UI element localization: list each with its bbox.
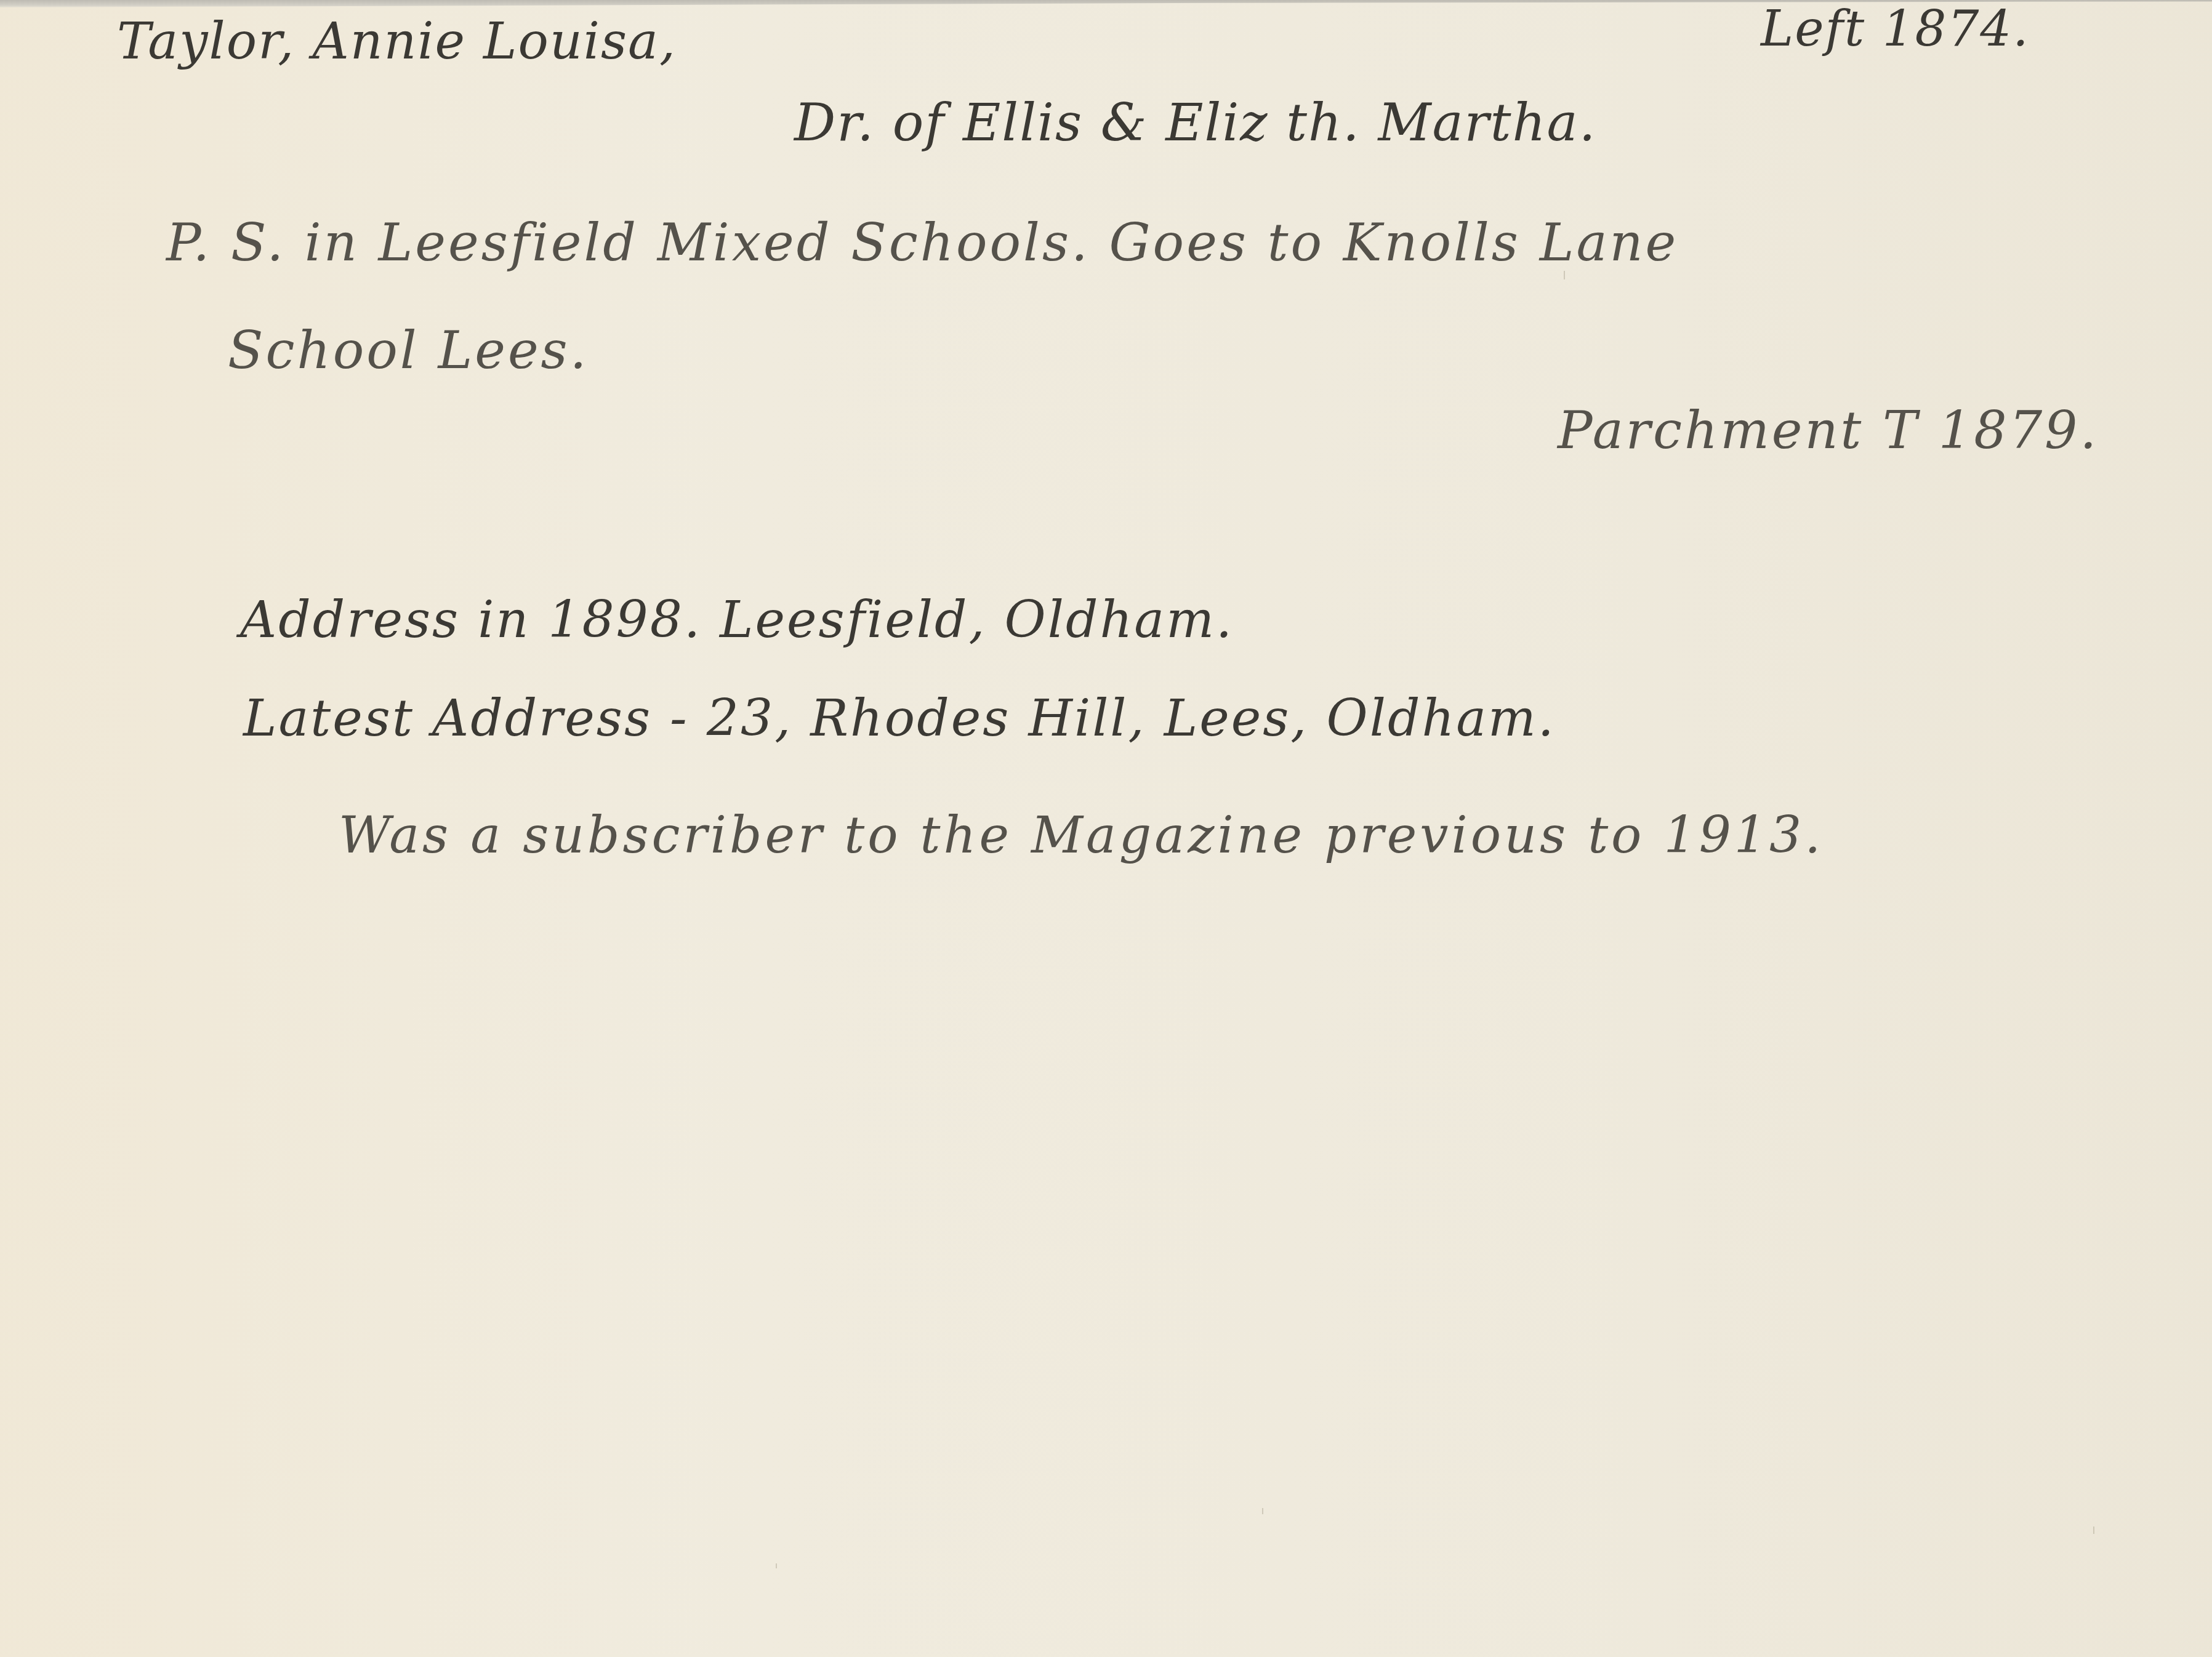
paper-fleck [1262, 1508, 1263, 1514]
address-1898: Address in 1898. Leesfield, Oldham. [240, 591, 1234, 649]
paper-fleck [776, 1563, 777, 1568]
left-date: Left 1874. [1761, 0, 2030, 57]
parchment-note: Parchment T 1879. [1558, 400, 2099, 460]
latest-address: Latest Address - 23, Rhodes Hill, Lees, … [243, 689, 1556, 748]
school-note-line-2: School Lees. [228, 320, 589, 380]
entry-name: Taylor, Annie Louisa, [117, 12, 677, 71]
paper-fleck [2093, 1527, 2094, 1534]
school-note-line-1: P. S. in Leesfield Mixed Schools. Goes t… [166, 212, 1678, 273]
parentage-line: Dr. of Ellis & Eliz th. Martha. [794, 92, 1596, 153]
paper-fleck [1564, 271, 1565, 279]
document-page: Taylor, Annie Louisa, Left 1874. Dr. of … [0, 0, 2212, 1657]
subscriber-note: Was a subscriber to the Magazine previou… [339, 806, 1824, 865]
